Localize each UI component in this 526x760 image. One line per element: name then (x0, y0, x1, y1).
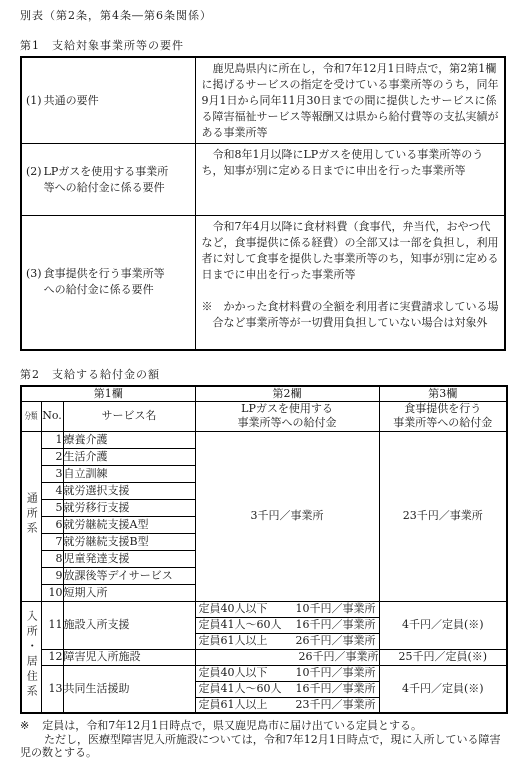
requirement-label-cell: (1)共通の要件 (21, 57, 195, 144)
footnote: ※定員は，令和7年12月1日時点で，県又鹿児島市に届け出ている定員とする。 ただ… (20, 719, 506, 760)
requirement-label-cell: (2)LPガスを使用する事業所等への給付金に係る要件 (21, 144, 195, 216)
payments-header-row1: 第1欄 第2欄 第3欄 (21, 386, 507, 402)
requirement-label: LPガスを使用する事業所等への給付金に係る要件 (44, 164, 174, 196)
service-name: 就労移行支援 (63, 499, 195, 516)
section2-heading: 第2支給する給付金の額 (20, 367, 506, 382)
header-meal-payment: 食事提供を行う事業所等への給付金 (379, 401, 507, 431)
service-name: 生活介護 (63, 448, 195, 465)
section1-title: 支給対象事業所等の要件 (52, 39, 184, 52)
requirement-label: 食事提供を行う事業所等への給付金に係る要件 (44, 266, 174, 298)
requirement-number: (2) (26, 164, 42, 180)
lp-tier-cell: 定員61人以上23千円／事業所 (195, 697, 379, 713)
table-row: 12 障害児入所施設 26千円／事業所 25千円／定員(※) (21, 649, 507, 665)
service-no: 10 (41, 584, 63, 601)
meal-amount: 4千円／定員(※) (379, 601, 507, 649)
section2-number: 第2 (20, 368, 40, 381)
service-no: 4 (41, 482, 63, 499)
requirement-body-cell: 鹿児島県内に所在し，令和7年12月1日時点で，第2第1欄に掲げるサービスの指定を… (195, 57, 505, 144)
requirement-body: 令和8年1月以降にLPガスを使用している事業所等のうち，知事が別に定める日までに… (202, 147, 501, 179)
meal-amount: 25千円／定員(※) (379, 649, 507, 665)
table-row: 入所・居住系 11 施設入所支援 定員40人以下10千円／事業所 4千円／定員(… (21, 601, 507, 617)
section1-heading: 第1支給対象事業所等の要件 (20, 38, 506, 53)
service-no: 2 (41, 448, 63, 465)
service-no: 3 (41, 465, 63, 482)
tier-condition: 定員41人～60人 (199, 618, 282, 632)
service-no: 6 (41, 516, 63, 533)
document-page: 別表（第2条，第4条―第6条関係） 第1支給対象事業所等の要件 (1)共通の要件… (0, 0, 526, 760)
payments-table: 第1欄 第2欄 第3欄 分類 No. サービス名 LPガスを使用する事業所等への… (20, 385, 508, 715)
lp-tier-cell: 定員40人以下10千円／事業所 (195, 665, 379, 681)
category-residential: 入所・居住系 (21, 601, 41, 713)
footnote-line2: ただし，医療型障害児入所施設については，令和7年12月1日時点で，現に入所してい… (20, 733, 506, 760)
header-lp-payment: LPガスを使用する事業所等への給付金 (195, 401, 379, 431)
service-no: 5 (41, 499, 63, 516)
requirement-exclusion-note: ※ かかった食材料費の全額を利用者に実費請求している場合など事業所等が一切費用負… (202, 299, 501, 331)
tier-amount: 26千円／事業所 (296, 634, 376, 648)
payments-header-row2: 分類 No. サービス名 LPガスを使用する事業所等への給付金 食事提供を行う事… (21, 401, 507, 431)
service-no: 13 (41, 665, 63, 713)
footnote-line1: ※定員は，令和7年12月1日時点で，県又鹿児島市に届け出ている定員とする。 (20, 719, 506, 733)
service-name: 就労選択支援 (63, 482, 195, 499)
tier-condition: 定員40人以下 (199, 666, 268, 680)
service-no: 11 (41, 601, 63, 649)
table-row: 通所系 1 療養介護 3千円／事業所 23千円／事業所 (21, 431, 507, 448)
tier-amount: 16千円／事業所 (296, 618, 376, 632)
footnote-text1: 定員は，令和7年12月1日時点で，県又鹿児島市に届け出ている定員とする。 (42, 719, 422, 732)
lp-tier-cell: 定員41人～60人16千円／事業所 (195, 617, 379, 633)
requirement-label-cell: (3)食事提供を行う事業所等への給付金に係る要件 (21, 216, 195, 350)
requirement-body: 令和7年4月以降に食材料費（食事代，弁当代，おやつ代など，食事提供に係る経費）の… (202, 219, 501, 283)
service-no: 7 (41, 533, 63, 550)
service-name: 放課後等デイサービス (63, 567, 195, 584)
footnote-mark: ※ (20, 719, 29, 732)
tier-amount: 10千円／事業所 (296, 666, 376, 680)
service-name: 共同生活援助 (63, 665, 195, 713)
header-col1: 第1欄 (21, 386, 195, 402)
service-name: 短期入所 (63, 584, 195, 601)
tier-amount: 16千円／事業所 (296, 682, 376, 696)
requirement-row-common: (1)共通の要件 鹿児島県内に所在し，令和7年12月1日時点で，第2第1欄に掲げ… (21, 57, 505, 144)
lp-amount-group1: 3千円／事業所 (195, 431, 379, 601)
tier-condition: 定員61人以上 (199, 634, 268, 648)
service-name: 障害児入所施設 (63, 649, 195, 665)
requirement-body-cell: 令和7年4月以降に食材料費（食事代，弁当代，おやつ代など，食事提供に係る経費）の… (195, 216, 505, 350)
section2-title: 支給する給付金の額 (52, 368, 160, 381)
service-no: 1 (41, 431, 63, 448)
document-title: 別表（第2条，第4条―第6条関係） (20, 8, 506, 23)
tier-condition: 定員41人～60人 (199, 682, 282, 696)
table-row: 13 共同生活援助 定員40人以下10千円／事業所 4千円／定員(※) (21, 665, 507, 681)
service-no: 8 (41, 550, 63, 567)
requirement-body: 鹿児島県内に所在し，令和7年12月1日時点で，第2第1欄に掲げるサービスの指定を… (202, 61, 501, 141)
service-name: 施設入所支援 (63, 601, 195, 649)
service-name: 児童発達支援 (63, 550, 195, 567)
requirement-number: (3) (26, 266, 42, 282)
requirement-body-cell: 令和8年1月以降にLPガスを使用している事業所等のうち，知事が別に定める日までに… (195, 144, 505, 216)
service-name: 自立訓練 (63, 465, 195, 482)
meal-amount-group1: 23千円／事業所 (379, 431, 507, 601)
meal-amount: 4千円／定員(※) (379, 665, 507, 713)
header-category: 分類 (21, 401, 41, 431)
requirement-row-meal: (3)食事提供を行う事業所等への給付金に係る要件 令和7年4月以降に食材料費（食… (21, 216, 505, 350)
header-col2: 第2欄 (195, 386, 379, 402)
service-name: 療養介護 (63, 431, 195, 448)
requirement-row-lpgas: (2)LPガスを使用する事業所等への給付金に係る要件 令和8年1月以降にLPガス… (21, 144, 505, 216)
header-service-name: サービス名 (63, 401, 195, 431)
lp-tier-cell: 定員41人～60人16千円／事業所 (195, 681, 379, 697)
lp-tier-cell: 定員40人以下10千円／事業所 (195, 601, 379, 617)
header-no: No. (41, 401, 63, 431)
tier-amount: 23千円／事業所 (296, 698, 376, 712)
service-name: 就労継続支援A型 (63, 516, 195, 533)
requirements-table: (1)共通の要件 鹿児島県内に所在し，令和7年12月1日時点で，第2第1欄に掲げ… (20, 56, 506, 351)
tier-condition: 定員61人以上 (199, 698, 268, 712)
tier-amount: 10千円／事業所 (296, 602, 376, 616)
service-name: 就労継続支援B型 (63, 533, 195, 550)
service-no: 12 (41, 649, 63, 665)
tier-condition: 定員40人以下 (199, 602, 268, 616)
requirement-number: (1) (26, 93, 42, 109)
category-day-service: 通所系 (21, 431, 41, 601)
section1-number: 第1 (20, 39, 40, 52)
lp-amount: 26千円／事業所 (195, 649, 379, 665)
lp-tier-cell: 定員61人以上26千円／事業所 (195, 633, 379, 649)
service-no: 9 (41, 567, 63, 584)
requirement-label: 共通の要件 (44, 93, 174, 109)
header-col3: 第3欄 (379, 386, 507, 402)
